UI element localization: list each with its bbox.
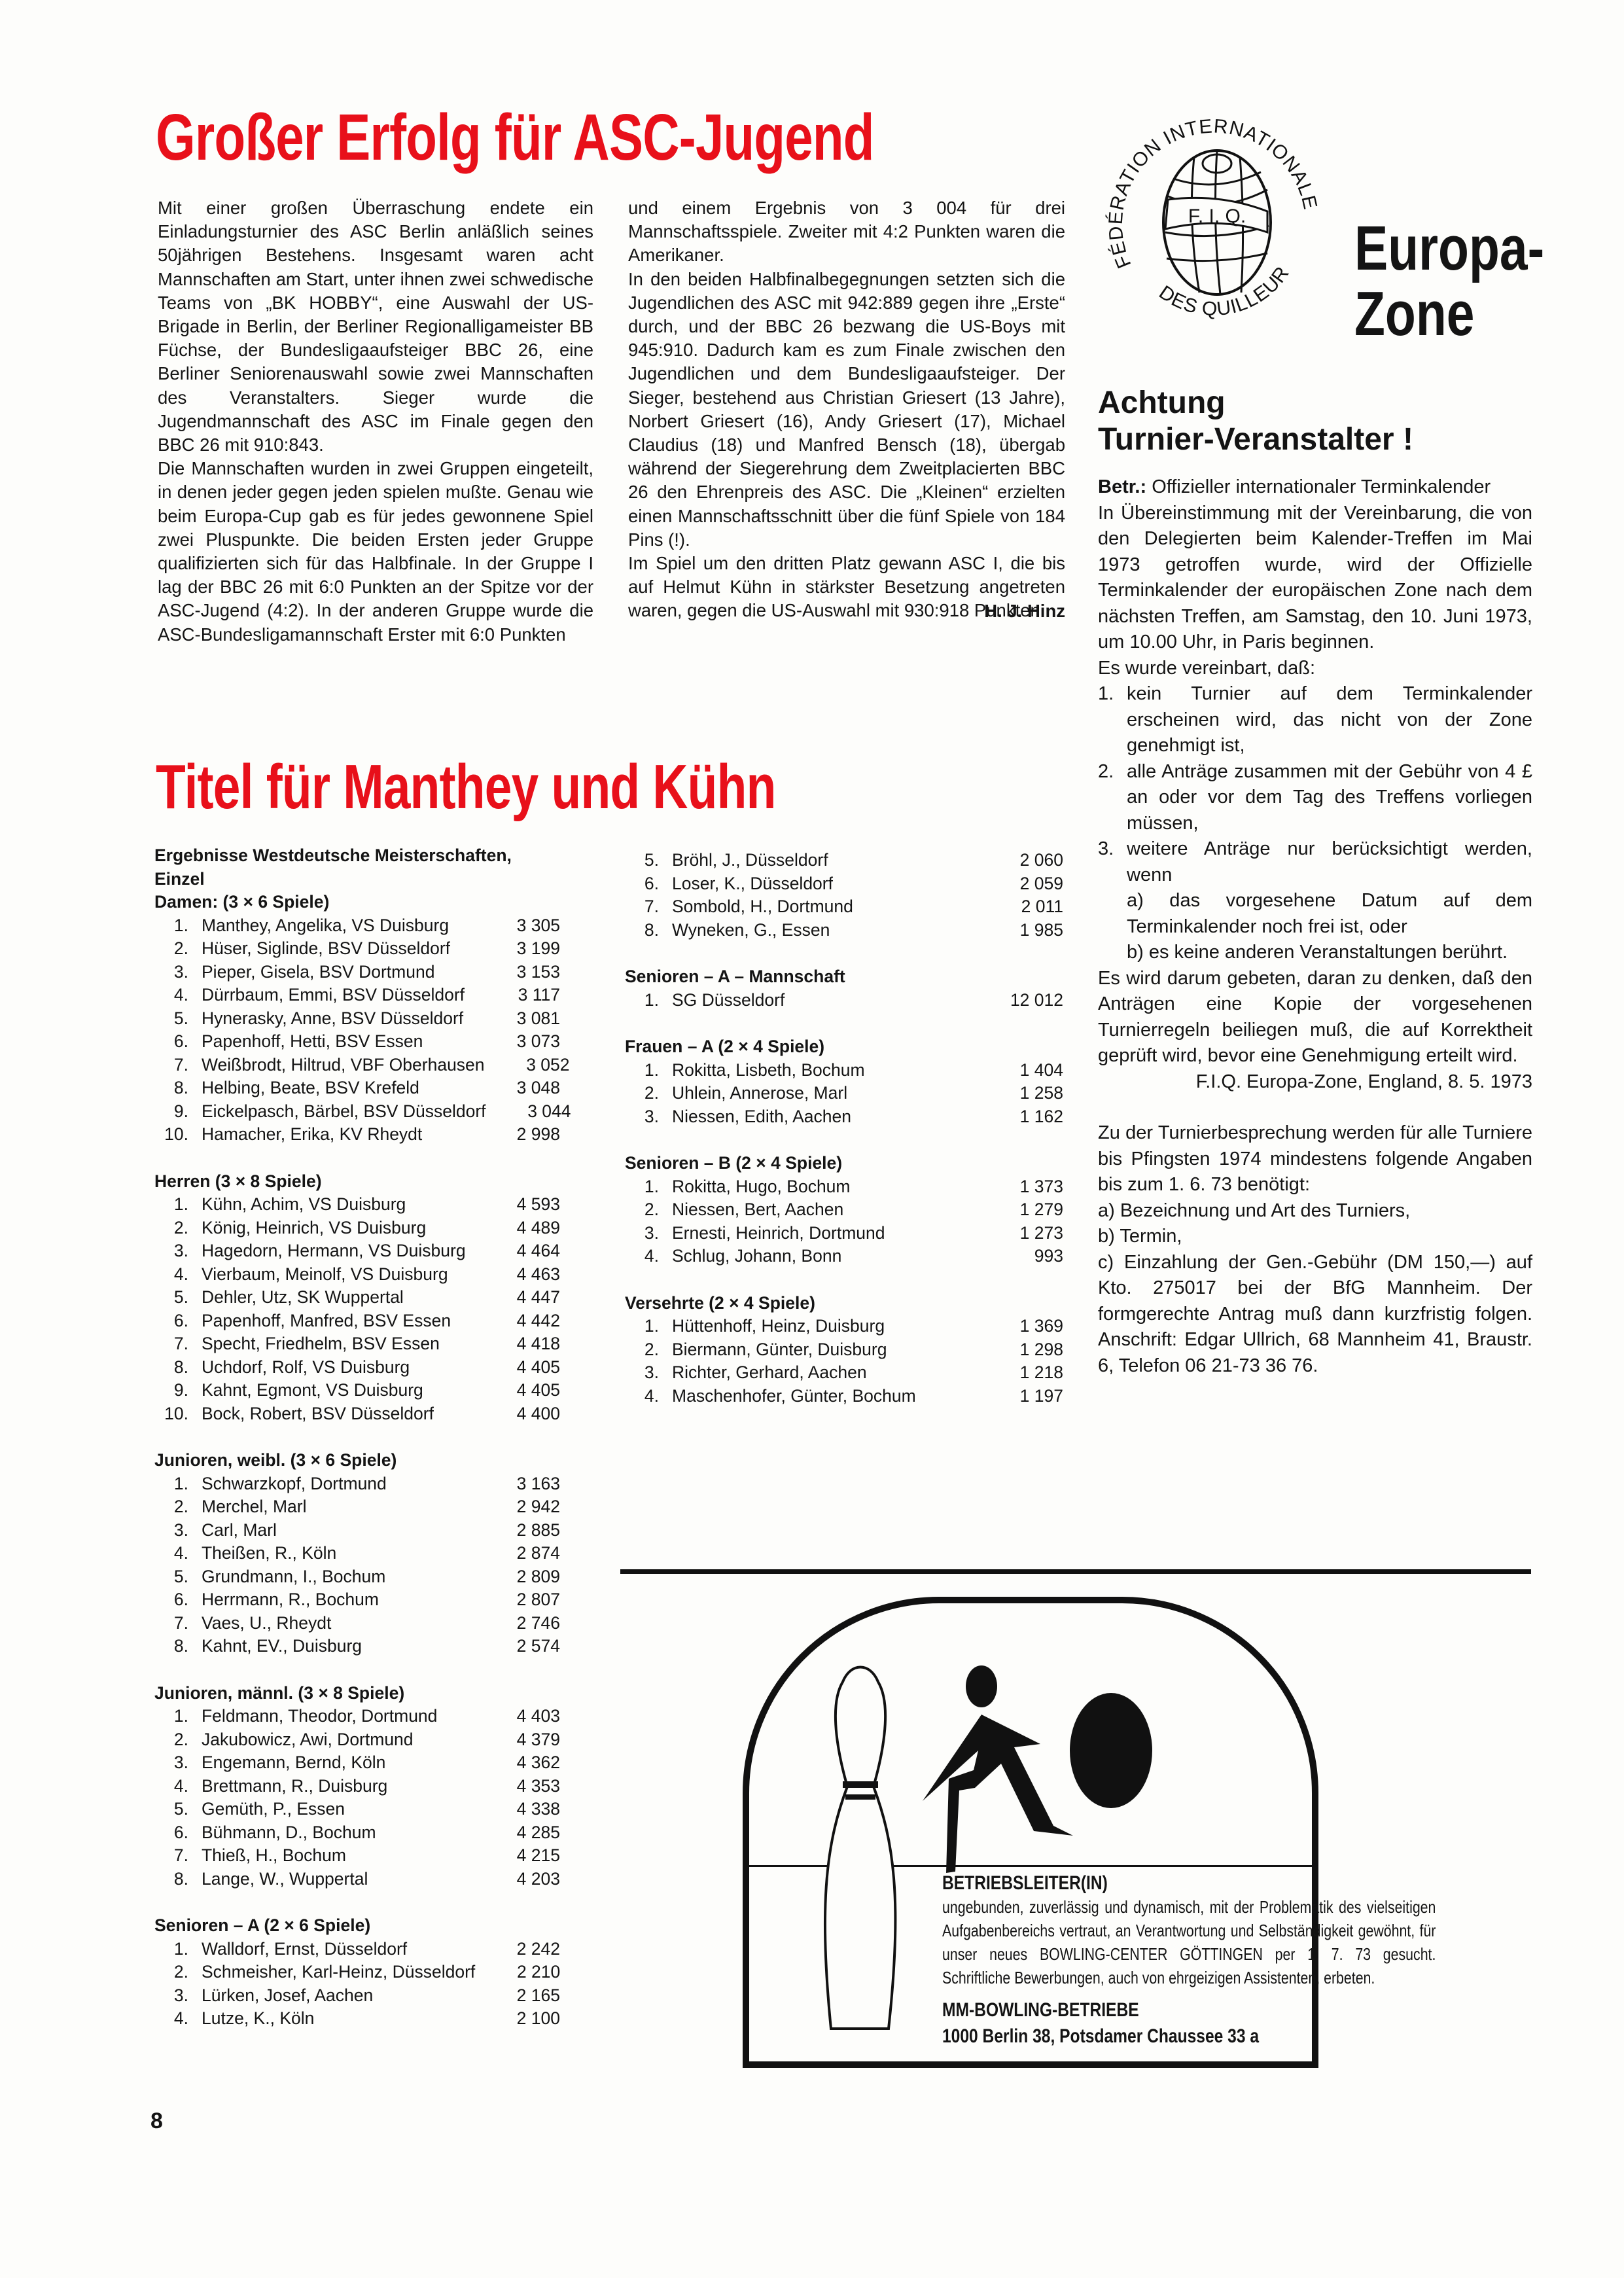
fiq-para2: Es wird darum gebeten, daran zu denken, … (1098, 966, 1532, 1069)
zone-line1: Europa- (1354, 216, 1544, 281)
result-row: 1.Manthey, Angelika, VS Duisburg3 305 (154, 914, 560, 938)
result-rank: 8. (154, 1077, 202, 1100)
result-name: Loser, K., Düsseldorf (672, 872, 978, 896)
ad-text-block: BETRIEBSLEITER(IN) ungebunden, zuverläss… (942, 1872, 1436, 2050)
result-row: 9.Eickelpasch, Bärbel, BSV Düsseldorf3 0… (154, 1100, 560, 1124)
betr-text: Offizieller internationaler Terminkalend… (1152, 476, 1491, 497)
result-row: 7.Weißbrodt, Hiltrud, VBF Oberhausen3 05… (154, 1054, 560, 1077)
result-score: 1 369 (978, 1315, 1063, 1338)
result-rank: 3. (625, 1105, 672, 1129)
result-row: 8.Uchdorf, Rolf, VS Duisburg4 405 (154, 1356, 560, 1379)
result-row: 8.Helbing, Beate, BSV Krefeld3 048 (154, 1077, 560, 1100)
article2-headline: Titel für Manthey und Kühn (156, 756, 776, 819)
result-score: 993 (978, 1245, 1063, 1268)
result-score: 4 418 (475, 1332, 560, 1356)
result-rank: 3. (154, 1751, 202, 1775)
result-section-title: Damen: (3 × 6 Spiele) (154, 891, 560, 914)
result-section: Senioren – B (2 × 4 Spiele)1.Rokitta, Hu… (625, 1152, 1063, 1268)
result-section: Frauen – A (2 × 4 Spiele)1.Rokitta, Lisb… (625, 1035, 1063, 1128)
result-score: 4 405 (475, 1356, 560, 1379)
results-intro-title: Ergebnisse Westdeutsche Meisterschaften,… (154, 844, 560, 891)
result-name: Theißen, R., Köln (202, 1542, 475, 1565)
result-row: 2.Jakubowicz, Awi, Dortmund4 379 (154, 1728, 560, 1752)
result-score: 2 210 (475, 1961, 560, 1984)
result-row: 1.Rokitta, Hugo, Bochum1 373 (625, 1175, 1063, 1199)
result-row: 5.Bröhl, J., Düsseldorf2 060 (625, 849, 1063, 872)
result-row: 4.Vierbaum, Meinolf, VS Duisburg4 463 (154, 1263, 560, 1287)
result-score: 3 073 (475, 1030, 560, 1054)
result-rank: 4. (154, 1542, 202, 1565)
result-rank: 2. (154, 1961, 202, 1984)
result-row: 7.Vaes, U., Rheydt2 746 (154, 1612, 560, 1635)
result-rank: 2. (625, 1338, 672, 1362)
zone-line2: Zone (1354, 281, 1544, 347)
result-name: Carl, Marl (202, 1519, 475, 1542)
result-rank: 7. (625, 895, 672, 919)
ad-address: 1000 Berlin 38, Potsdamer Chaussee 33 a (942, 2023, 1436, 2050)
result-score: 2 885 (475, 1519, 560, 1542)
result-rank: 8. (625, 919, 672, 942)
page-number: 8 (150, 2109, 163, 2134)
result-name: Schwarzkopf, Dortmund (202, 1472, 475, 1496)
result-row: 2.Hüser, Siglinde, BSV Düsseldorf3 199 (154, 937, 560, 961)
result-score: 4 203 (475, 1868, 560, 1891)
result-name: Rokitta, Hugo, Bochum (672, 1175, 978, 1199)
fiq-req-b: b) Termin, (1098, 1224, 1532, 1250)
result-score: 4 489 (475, 1217, 560, 1240)
fiq-req-c: c) Einzahlung der Gen.-Gebühr (DM 150,—)… (1098, 1250, 1532, 1379)
fiq-agreed: Es wurde vereinbart, daß: (1098, 656, 1532, 682)
result-row: 7.Specht, Friedhelm, BSV Essen4 418 (154, 1332, 560, 1356)
results-right-column: 5.Bröhl, J., Düsseldorf2 0606.Loser, K.,… (625, 849, 1063, 1408)
result-rank: 4. (154, 1775, 202, 1798)
result-row: 4.Lutze, K., Köln2 100 (154, 2007, 560, 2031)
svg-text:FÉDÉRATION INTERNATIONALE: FÉDÉRATION INTERNATIONALE (1105, 116, 1322, 272)
achtung-line1: Achtung (1098, 385, 1413, 421)
result-row: 1.Schwarzkopf, Dortmund3 163 (154, 1472, 560, 1496)
result-score: 3 163 (475, 1472, 560, 1496)
result-rank: 2. (154, 1728, 202, 1752)
ad-title: BETRIEBSLEITER(IN) (942, 1872, 1436, 1895)
result-row: 1.Walldorf, Ernst, Düsseldorf2 242 (154, 1938, 560, 1961)
result-row: 5.Gemüth, P., Essen4 338 (154, 1798, 560, 1821)
result-score: 1 985 (978, 919, 1063, 942)
results-left-column: Ergebnisse Westdeutsche Meisterschaften,… (154, 844, 560, 2031)
result-name: Manthey, Angelika, VS Duisburg (202, 914, 475, 938)
achtung-line2: Turnier-Veranstalter ! (1098, 421, 1413, 458)
result-score: 1 273 (978, 1222, 1063, 1245)
result-name: Uhlein, Annerose, Marl (672, 1082, 978, 1105)
result-row: 8.Wyneken, G., Essen1 985 (625, 919, 1063, 942)
result-rank: 5. (154, 1007, 202, 1031)
result-row: 4.Schlug, Johann, Bonn993 (625, 1245, 1063, 1268)
result-rank: 1. (154, 914, 202, 938)
result-rank: 1. (154, 1705, 202, 1728)
result-rank: 5. (154, 1565, 202, 1589)
result-name: König, Heinrich, VS Duisburg (202, 1217, 475, 1240)
result-score: 4 464 (475, 1239, 560, 1263)
result-row: 5.Dehler, Utz, SK Wuppertal4 447 (154, 1286, 560, 1309)
europa-zone-title: Europa- Zone (1354, 216, 1544, 347)
result-score: 2 011 (978, 895, 1063, 919)
result-score: 4 405 (475, 1379, 560, 1402)
result-row: 4.Maschenhofer, Günter, Bochum1 197 (625, 1385, 1063, 1408)
result-name: Uchdorf, Rolf, VS Duisburg (202, 1356, 475, 1379)
result-name: Eickelpasch, Bärbel, BSV Düsseldorf (202, 1100, 486, 1124)
result-rank: 8. (154, 1635, 202, 1658)
result-rank: 1. (625, 1059, 672, 1082)
result-score: 2 060 (978, 849, 1063, 872)
result-rank: 3. (625, 1361, 672, 1385)
result-score: 4 442 (475, 1309, 560, 1333)
result-name: Merchel, Marl (202, 1495, 475, 1519)
result-name: Niessen, Edith, Aachen (672, 1105, 978, 1129)
result-rank: 3. (154, 961, 202, 984)
result-rank: 6. (154, 1821, 202, 1845)
result-score: 4 403 (475, 1705, 560, 1728)
result-name: Herrmann, R., Bochum (202, 1588, 475, 1612)
result-name: Bühmann, D., Bochum (202, 1821, 475, 1845)
fiq-para1: In Übereinstimmung mit der Vereinbarung,… (1098, 501, 1532, 656)
result-row: 2.Biermann, Günter, Duisburg1 298 (625, 1338, 1063, 1362)
result-name: Niessen, Bert, Aachen (672, 1198, 978, 1222)
result-row: 3.Richter, Gerhard, Aachen1 218 (625, 1361, 1063, 1385)
result-score: 4 463 (475, 1263, 560, 1287)
result-score: 3 199 (475, 937, 560, 961)
ad-body: ungebunden, zuverlässig und dynamisch, m… (942, 1895, 1436, 1989)
bowling-ball-icon (1070, 1693, 1152, 1808)
result-score: 2 942 (475, 1495, 560, 1519)
result-score: 3 153 (475, 961, 560, 984)
result-rank: 4. (154, 984, 202, 1007)
result-name: Bröhl, J., Düsseldorf (672, 849, 978, 872)
result-name: Dehler, Utz, SK Wuppertal (202, 1286, 475, 1309)
betr-label: Betr.: (1098, 476, 1146, 497)
result-rank: 1. (625, 989, 672, 1012)
result-rank: 2. (154, 1217, 202, 1240)
result-rank: 3. (154, 1519, 202, 1542)
result-name: Weißbrodt, Hiltrud, VBF Oberhausen (202, 1054, 485, 1077)
result-name: Sombold, H., Dortmund (672, 895, 978, 919)
result-row: 2.König, Heinrich, VS Duisburg4 489 (154, 1217, 560, 1240)
result-name: Richter, Gerhard, Aachen (672, 1361, 978, 1385)
result-row: 7.Sombold, H., Dortmund2 011 (625, 895, 1063, 919)
result-row: 3.Carl, Marl2 885 (154, 1519, 560, 1542)
result-name: Hagedorn, Hermann, VS Duisburg (202, 1239, 475, 1263)
result-rank: 6. (154, 1030, 202, 1054)
result-row: 6.Loser, K., Düsseldorf2 059 (625, 872, 1063, 896)
result-name: Maschenhofer, Günter, Bochum (672, 1385, 978, 1408)
result-row: 8.Lange, W., Wuppertal4 203 (154, 1868, 560, 1891)
result-rank: 6. (154, 1588, 202, 1612)
result-section-title: Senioren – A (2 × 6 Spiele) (154, 1914, 560, 1938)
result-score: 1 218 (978, 1361, 1063, 1385)
result-name: Bock, Robert, BSV Düsseldorf (202, 1402, 475, 1426)
article1-para: Die Mannschaften wurden in zwei Gruppen … (158, 457, 593, 647)
result-score: 2 807 (475, 1588, 560, 1612)
result-row: 1.Hüttenhoff, Heinz, Duisburg1 369 (625, 1315, 1063, 1338)
result-row: 6.Bühmann, D., Bochum4 285 (154, 1821, 560, 1845)
result-score: 4 447 (475, 1286, 560, 1309)
result-score: 2 809 (475, 1565, 560, 1589)
result-name: Hamacher, Erika, KV Rheydt (202, 1123, 475, 1147)
result-row: 3.Hagedorn, Hermann, VS Duisburg4 464 (154, 1239, 560, 1263)
result-name: Lutze, K., Köln (202, 2007, 475, 2031)
fiq-signature: F.I.Q. Europa-Zone, England, 8. 5. 1973 (1098, 1069, 1532, 1095)
fiq-item: 1.kein Turnier auf dem Terminkalender er… (1098, 681, 1532, 759)
result-score: 4 285 (475, 1821, 560, 1845)
article1-col2: und einem Ergebnis von 3 004 für drei Ma… (628, 196, 1065, 623)
result-rank: 2. (625, 1082, 672, 1105)
result-score: 12 012 (978, 989, 1063, 1012)
result-rank: 4. (154, 1263, 202, 1287)
result-section: Damen: (3 × 6 Spiele)1.Manthey, Angelika… (154, 891, 560, 1147)
result-row: 6.Papenhoff, Hetti, BSV Essen3 073 (154, 1030, 560, 1054)
result-row: 4.Dürrbaum, Emmi, BSV Düsseldorf3 117 (154, 984, 560, 1007)
result-row: 1.Feldmann, Theodor, Dortmund4 403 (154, 1705, 560, 1728)
result-row: 1.Kühn, Achim, VS Duisburg4 593 (154, 1193, 560, 1217)
result-score: 3 305 (475, 914, 560, 938)
result-row: 7.Thieß, H., Bochum4 215 (154, 1844, 560, 1868)
result-score: 3 117 (475, 984, 560, 1007)
result-score: 4 338 (475, 1798, 560, 1821)
result-rank: 7. (154, 1612, 202, 1635)
result-row: 8.Kahnt, EV., Duisburg2 574 (154, 1635, 560, 1658)
result-rank: 2. (625, 1198, 672, 1222)
result-section-title: Senioren – B (2 × 4 Spiele) (625, 1152, 1063, 1175)
result-score: 2 874 (475, 1542, 560, 1565)
result-section: Herren (3 × 8 Spiele)1.Kühn, Achim, VS D… (154, 1170, 560, 1426)
result-name: Dürrbaum, Emmi, BSV Düsseldorf (202, 984, 475, 1007)
result-name: Schlug, Johann, Bonn (672, 1245, 978, 1268)
result-section-title: Junioren, männl. (3 × 8 Spiele) (154, 1682, 560, 1705)
article1-col1: Mit einer großen Überraschung endete ein… (158, 196, 593, 647)
result-score: 1 197 (978, 1385, 1063, 1408)
divider-rule (620, 1569, 1531, 1574)
article1-para: In den beiden Halbfinalbegegnungen setzt… (628, 268, 1065, 552)
result-name: Hüttenhoff, Heinz, Duisburg (672, 1315, 978, 1338)
result-row: 2.Merchel, Marl2 942 (154, 1495, 560, 1519)
result-name: Helbing, Beate, BSV Krefeld (202, 1077, 475, 1100)
result-row: 2.Niessen, Bert, Aachen1 279 (625, 1198, 1063, 1222)
result-row: 4.Theißen, R., Köln2 874 (154, 1542, 560, 1565)
result-score: 1 162 (978, 1105, 1063, 1129)
result-row: 3.Engemann, Bernd, Köln4 362 (154, 1751, 560, 1775)
result-rank: 8. (154, 1356, 202, 1379)
fiq-logo: FÉDÉRATION INTERNATIONALE DES QUILLEURS … (1096, 101, 1332, 337)
result-row: 5.Grundmann, I., Bochum2 809 (154, 1565, 560, 1589)
result-score: 3 052 (485, 1054, 570, 1077)
result-row: 1.SG Düsseldorf12 012 (625, 989, 1063, 1012)
result-rank: 1. (154, 1938, 202, 1961)
result-name: Kühn, Achim, VS Duisburg (202, 1193, 475, 1217)
result-rank: 1. (625, 1175, 672, 1199)
result-score: 2 059 (978, 872, 1063, 896)
result-section: Versehrte (2 × 4 Spiele)1.Hüttenhoff, He… (625, 1292, 1063, 1408)
result-name: Feldmann, Theodor, Dortmund (202, 1705, 475, 1728)
result-rank: 7. (154, 1332, 202, 1356)
bowling-pin-icon (825, 1667, 896, 2029)
result-section-title: Versehrte (2 × 4 Spiele) (625, 1292, 1063, 1315)
result-name: Engemann, Bernd, Köln (202, 1751, 475, 1775)
result-row: 1.Rokitta, Lisbeth, Bochum1 404 (625, 1059, 1063, 1082)
result-name: Lürken, Josef, Aachen (202, 1984, 475, 2008)
fiq-notice: Betr.: Offizieller internationaler Termi… (1098, 474, 1532, 1379)
result-name: Lange, W., Wuppertal (202, 1868, 475, 1891)
svg-text:F. I. Q.: F. I. Q. (1188, 205, 1246, 227)
result-score: 2 242 (475, 1938, 560, 1961)
result-section-title: Frauen – A (2 × 4 Spiele) (625, 1035, 1063, 1059)
result-score: 1 298 (978, 1338, 1063, 1362)
result-score: 1 279 (978, 1198, 1063, 1222)
result-name: Rokitta, Lisbeth, Bochum (672, 1059, 978, 1082)
globe-icon: FÉDÉRATION INTERNATIONALE DES QUILLEURS … (1096, 101, 1332, 337)
result-rank: 3. (154, 1984, 202, 2008)
result-rank: 3. (625, 1222, 672, 1245)
result-rank: 2. (154, 937, 202, 961)
fiq-para3: Zu der Turnierbesprechung werden für all… (1098, 1120, 1532, 1198)
result-row: 5.Hynerasky, Anne, BSV Düsseldorf3 081 (154, 1007, 560, 1031)
result-row: 3.Lürken, Josef, Aachen2 165 (154, 1984, 560, 2008)
result-name: Gemüth, P., Essen (202, 1798, 475, 1821)
result-score: 3 081 (475, 1007, 560, 1031)
fiq-item: 3.weitere Anträge nur berücksichtigt wer… (1098, 836, 1532, 888)
result-name: Ernesti, Heinrich, Dortmund (672, 1222, 978, 1245)
result-rank: 8. (154, 1868, 202, 1891)
result-rank: 5. (625, 849, 672, 872)
result-rank: 2. (154, 1495, 202, 1519)
result-rank: 10. (154, 1123, 202, 1147)
result-section-title: Junioren, weibl. (3 × 6 Spiele) (154, 1449, 560, 1472)
ad-company: MM-BOWLING-BETRIEBE (942, 1997, 1436, 2023)
fiq-subitem: b) es keine anderen Veranstaltungen berü… (1098, 940, 1532, 966)
fiq-item: 2.alle Anträge zusammen mit der Gebühr v… (1098, 759, 1532, 837)
result-score: 1 258 (978, 1082, 1063, 1105)
result-name: Hynerasky, Anne, BSV Düsseldorf (202, 1007, 475, 1031)
result-row: 3.Niessen, Edith, Aachen1 162 (625, 1105, 1063, 1129)
result-score: 4 215 (475, 1844, 560, 1868)
result-name: Schmeisher, Karl-Heinz, Düsseldorf (202, 1961, 475, 1984)
result-rank: 4. (154, 2007, 202, 2031)
result-name: Kahnt, EV., Duisburg (202, 1635, 475, 1658)
result-rank: 1. (154, 1472, 202, 1496)
article1-headline: Großer Erfolg für ASC-Jugend (156, 105, 874, 170)
result-score: 4 362 (475, 1751, 560, 1775)
fiq-req-a: a) Bezeichnung und Art des Turniers, (1098, 1198, 1532, 1224)
result-rank: 1. (625, 1315, 672, 1338)
result-rank: 5. (154, 1798, 202, 1821)
result-rank: 7. (154, 1054, 202, 1077)
result-row: 9.Kahnt, Egmont, VS Duisburg4 405 (154, 1379, 560, 1402)
result-name: Walldorf, Ernst, Düsseldorf (202, 1938, 475, 1961)
result-score: 3 044 (486, 1100, 571, 1124)
result-rank: 9. (154, 1100, 202, 1124)
result-row: 3.Pieper, Gisela, BSV Dortmund3 153 (154, 961, 560, 984)
result-name: Specht, Friedhelm, BSV Essen (202, 1332, 475, 1356)
result-name: Grundmann, I., Bochum (202, 1565, 475, 1589)
result-name: Wyneken, G., Essen (672, 919, 978, 942)
result-score: 4 400 (475, 1402, 560, 1426)
result-name: Jakubowicz, Awi, Dortmund (202, 1728, 475, 1752)
result-name: Papenhoff, Hetti, BSV Essen (202, 1030, 475, 1054)
result-section: Senioren – A (2 × 6 Spiele)1.Walldorf, E… (154, 1914, 560, 2031)
result-name: Vierbaum, Meinolf, VS Duisburg (202, 1263, 475, 1287)
result-score: 2 100 (475, 2007, 560, 2031)
result-rank: 6. (625, 872, 672, 896)
result-score: 2 746 (475, 1612, 560, 1635)
result-rank: 5. (154, 1286, 202, 1309)
bowler-icon (923, 1665, 1073, 1873)
result-score: 2 165 (475, 1984, 560, 2008)
result-name: SG Düsseldorf (672, 989, 978, 1012)
result-name: Kahnt, Egmont, VS Duisburg (202, 1379, 475, 1402)
result-score: 4 353 (475, 1775, 560, 1798)
article1-para: Mit einer großen Überraschung endete ein… (158, 196, 593, 457)
result-row: 4.Brettmann, R., Duisburg4 353 (154, 1775, 560, 1798)
result-rank: 1. (154, 1193, 202, 1217)
result-rank: 4. (625, 1245, 672, 1268)
result-score: 2 998 (475, 1123, 560, 1147)
result-section-title: Herren (3 × 8 Spiele) (154, 1170, 560, 1194)
result-score: 1 404 (978, 1059, 1063, 1082)
result-row: 2.Schmeisher, Karl-Heinz, Düsseldorf2 21… (154, 1961, 560, 1984)
result-rank: 7. (154, 1844, 202, 1868)
result-section-title: Senioren – A – Mannschaft (625, 965, 1063, 989)
result-row: 2.Uhlein, Annerose, Marl1 258 (625, 1082, 1063, 1105)
result-name: Pieper, Gisela, BSV Dortmund (202, 961, 475, 984)
result-score: 3 048 (475, 1077, 560, 1100)
result-name: Biermann, Günter, Duisburg (672, 1338, 978, 1362)
result-score: 2 574 (475, 1635, 560, 1658)
achtung-heading: Achtung Turnier-Veranstalter ! (1098, 385, 1413, 458)
result-section: Junioren, männl. (3 × 8 Spiele)1.Feldman… (154, 1682, 560, 1891)
result-name: Thieß, H., Bochum (202, 1844, 475, 1868)
result-row: 6.Papenhoff, Manfred, BSV Essen4 442 (154, 1309, 560, 1333)
result-row: 3.Ernesti, Heinrich, Dortmund1 273 (625, 1222, 1063, 1245)
fiq-subitem: a) das vorgesehene Datum auf dem Termink… (1098, 888, 1532, 940)
result-score: 4 593 (475, 1193, 560, 1217)
result-name: Vaes, U., Rheydt (202, 1612, 475, 1635)
result-name: Brettmann, R., Duisburg (202, 1775, 475, 1798)
result-name: Papenhoff, Manfred, BSV Essen (202, 1309, 475, 1333)
result-name: Hüser, Siglinde, BSV Düsseldorf (202, 937, 475, 961)
result-rank: 6. (154, 1309, 202, 1333)
result-section: Senioren – A – Mannschaft1.SG Düsseldorf… (625, 965, 1063, 1012)
result-rank: 3. (154, 1239, 202, 1263)
result-rank: 9. (154, 1379, 202, 1402)
result-rank: 10. (154, 1402, 202, 1426)
result-score: 1 373 (978, 1175, 1063, 1199)
article1-para: und einem Ergebnis von 3 004 für drei Ma… (628, 196, 1065, 268)
result-rank: 4. (625, 1385, 672, 1408)
result-score: 4 379 (475, 1728, 560, 1752)
result-row: 10.Bock, Robert, BSV Düsseldorf4 400 (154, 1402, 560, 1426)
result-section: Junioren, weibl. (3 × 6 Spiele)1.Schwarz… (154, 1449, 560, 1658)
result-row: 10.Hamacher, Erika, KV Rheydt2 998 (154, 1123, 560, 1147)
result-row: 6.Herrmann, R., Bochum2 807 (154, 1588, 560, 1612)
